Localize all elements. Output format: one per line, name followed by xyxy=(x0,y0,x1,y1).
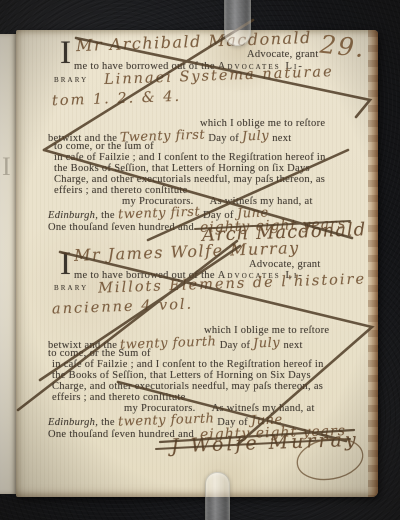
registration-clause-line: in caſe of Failzie ; and I conſent to th… xyxy=(54,152,326,163)
next-text: next xyxy=(283,340,302,351)
folio-number: 29. xyxy=(319,30,368,64)
book-page: 29. I Mr Archibald Macdonald Advocate, g… xyxy=(16,30,378,497)
due-month-handwritten: July xyxy=(242,129,270,145)
library-name-part2: brary xyxy=(54,282,88,293)
printed-grant-text: Advocate, grant xyxy=(249,259,321,270)
registration-clause-line: effeirs ; and thereto conſtitute xyxy=(52,392,186,403)
drop-cap-initial: I xyxy=(60,40,71,66)
next-text: next xyxy=(272,133,291,144)
printed-grant-text: Advocate, grant xyxy=(247,49,319,60)
sum-line: to come, or the Sum of xyxy=(48,348,151,359)
due-month-handwritten: July xyxy=(253,336,281,352)
printed-oblige-line: which I oblige me to reſtore xyxy=(204,325,329,336)
day-of-text: Day of xyxy=(208,133,239,144)
top-page-holder-clip xyxy=(224,0,251,46)
registration-clause-line: the Books of Seſſion, that Letters of Ho… xyxy=(54,163,310,174)
library-name-part2: brary xyxy=(54,74,88,85)
printed-oblige-line: which I oblige me to reſtore xyxy=(200,118,325,129)
facing-page-ghost-letter: I xyxy=(2,152,11,182)
sum-line: to come, or the ſum of xyxy=(54,141,154,152)
book-volumes-handwritten: ancienne 4 vol. xyxy=(52,297,194,318)
registration-clause-line: Charge, and other executorials needful, … xyxy=(52,381,323,392)
bottom-page-holder-clip xyxy=(205,472,230,520)
registration-clause-line: the Books of Seſſion, that Letters of Ho… xyxy=(52,370,311,381)
procurators-line: my Procurators.As witneſs my hand, at xyxy=(124,403,315,414)
book-volumes-handwritten: tom 1. 2. & 4. xyxy=(52,89,182,109)
registration-clause-line: effeirs ; and thereto conſtitute xyxy=(54,185,188,196)
year-printed-text: One thouſand ſeven hundred and xyxy=(48,222,194,233)
registration-clause-line: in caſe of Failzie ; and I conſent to th… xyxy=(52,359,324,370)
registration-clause-line: Charge, and other executorials needful, … xyxy=(54,174,325,185)
day-of-text: Day of xyxy=(220,340,251,351)
drop-cap-initial: I xyxy=(60,251,71,277)
